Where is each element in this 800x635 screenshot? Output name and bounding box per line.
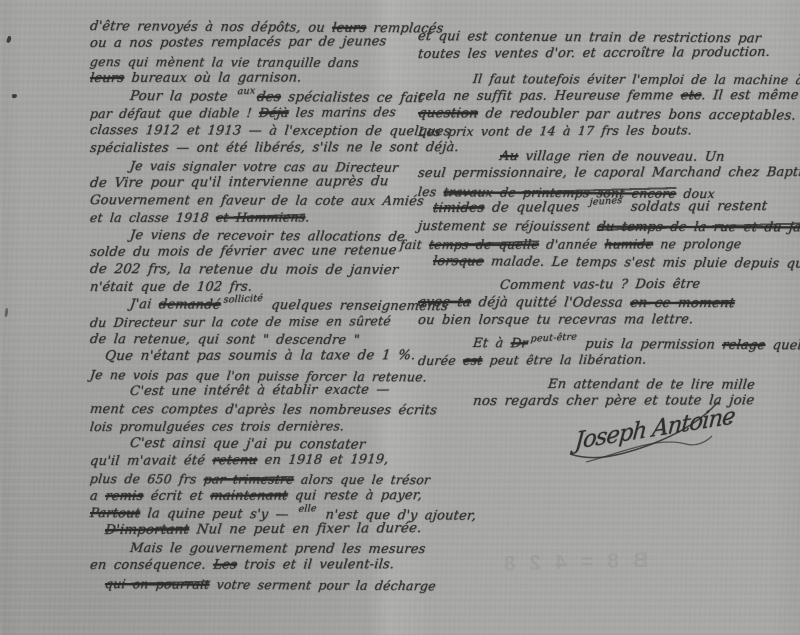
- handwriting-text: soldats qui restent: [623, 199, 768, 215]
- handwritten-line: de Vire pour qu'il intervienne auprès du: [89, 173, 413, 192]
- handwritten-line: spécialistes — ont été libérés, s'ils ne…: [89, 139, 413, 157]
- handwriting-text: d'année: [538, 236, 605, 251]
- handwriting-text: la quine peut s'y —: [139, 506, 297, 522]
- handwriting-text: du Directeur sur la cote de mise en sûre…: [89, 313, 391, 330]
- handwriting-text: J'ai: [129, 297, 159, 312]
- handwritten-line: Il faut toutefois éviter l'emploi de la …: [472, 70, 797, 89]
- handwriting-text: Il faut toutefois éviter l'emploi de la …: [472, 71, 800, 87]
- handwriting-text: malade. Le temps s'est mis pluie depuis …: [483, 254, 800, 272]
- handwriting-text: en 1918 et 1919,: [256, 452, 389, 468]
- handwriting-text: par défaut que diable !: [89, 105, 260, 121]
- handwriting-text: de la retenue, qui sont " descendre ": [89, 332, 360, 348]
- struck-text: remis: [105, 488, 145, 503]
- struck-text: Les: [213, 558, 238, 573]
- struck-text: est: [462, 353, 483, 368]
- inserted-word: sollicité: [223, 290, 263, 309]
- handwriting-text: les marins des: [288, 104, 397, 120]
- handwriting-text: Pour la poste: [129, 89, 236, 105]
- handwriting-text: lois promulguées ces trois dernières.: [89, 418, 345, 434]
- struck-text: retenu: [212, 453, 258, 468]
- handwriting-text: Gouvernement en faveur de la cote aux Am…: [89, 193, 424, 209]
- struck-text: leurs: [89, 71, 125, 86]
- letter-page-right: et qui est contenue un train de restrict…: [418, 28, 796, 411]
- handwritten-line: Que n'étant pas soumis à la taxe de 1 %.: [104, 348, 413, 366]
- handwritten-line: qu'il m'avait été retenu en 1918 et 1919…: [89, 451, 413, 470]
- handwriting-text: fait: [399, 236, 430, 251]
- handwriting-text: cela ne suffit pas. Heureuse femme: [417, 88, 681, 104]
- handwritten-line: C'est une intérêt à établir exacte —: [129, 381, 413, 400]
- inserted-word: peut-être: [530, 328, 577, 348]
- handwriting-text: bureaux où la garnison.: [123, 71, 302, 86]
- handwriting-text: en conséquence.: [89, 558, 214, 573]
- handwritten-line: Les prix vont de 14 à 17 frs les bouts.: [417, 121, 797, 141]
- struck-text: Partout: [89, 506, 141, 521]
- handwriting-text: de 202 frs, la retenue du mois de janvie…: [89, 262, 399, 278]
- handwriting-text: de quelques: [484, 200, 588, 216]
- handwritten-line: en conséquence. Les trois et il veulent-…: [89, 556, 413, 574]
- handwriting-text: alors que le trésor: [293, 472, 431, 487]
- handwriting-text: spécialistes — ont été libérés, s'ils ne…: [89, 140, 459, 156]
- inserted-word: aux: [237, 82, 256, 100]
- handwriting-text: Que n'étant pas soumis à la taxe de 1 %.: [104, 349, 416, 365]
- handwritten-line: ou bien lorsque tu recevras ma lettre.: [417, 311, 797, 330]
- handwritten-line: et la classe 1918 et Hammiens.: [89, 208, 413, 226]
- handwritten-line: durée est peut être la libération.: [417, 350, 797, 370]
- struck-text: Déjà: [258, 105, 289, 120]
- handwriting-text: les: [417, 184, 444, 199]
- handwriting-text: qu'il m'avait été: [89, 453, 213, 469]
- handwriting-text: C'est ainsi que j'ai pu constater: [129, 436, 366, 453]
- handwritten-line: du Directeur sur la cote de mise en sûre…: [89, 312, 413, 331]
- signature: Joseph Antoine: [560, 392, 740, 467]
- struck-text: D'important: [104, 523, 190, 539]
- handwritten-line: toutes les ventes d'or. et accroître la …: [417, 43, 797, 63]
- struck-text: question: [417, 106, 479, 121]
- handwriting-text: Nul ne peut en fixer la durée.: [188, 521, 422, 537]
- handwritten-line: cela ne suffit pas. Heureuse femme etc. …: [417, 87, 797, 106]
- handwriting-text: ne prolonge: [652, 236, 742, 251]
- handwriting-text: écrit et: [143, 488, 211, 503]
- handwriting-text: En attendant de te lire mille: [547, 377, 755, 393]
- handwritten-line: Comment vas-tu ? Dois être: [499, 275, 797, 294]
- struck-text: par trimestre: [203, 472, 295, 487]
- handwritten-line: ou a nos postes remplacés par de jeunes: [89, 33, 413, 52]
- handwritten-line: qui on pourrait votre serment pour la dé…: [104, 575, 413, 595]
- handwriting-text: Et à: [472, 336, 511, 351]
- handwriting-text: ou bien lorsque tu recevras ma lettre.: [417, 312, 694, 328]
- handwritten-line: de 202 frs, la retenue du mois de janvie…: [89, 261, 413, 280]
- handwriting-text: Comment vas-tu ? Dois être: [499, 276, 701, 292]
- handwriting-text: toutes les ventes d'or. et accroître la …: [417, 44, 771, 61]
- struck-text: avec ta: [417, 295, 472, 310]
- struck-text: et Hammiens: [215, 210, 306, 225]
- inserted-word: jeunes: [589, 192, 622, 211]
- struck-text: etc: [680, 88, 702, 103]
- handwriting-text: classes 1912 et 1913 — à l'exception de …: [89, 123, 451, 139]
- handwritten-line: justement se réjouissent du temps de la …: [417, 218, 797, 237]
- handwritten-line: plus de 650 frs par trimestre alors que …: [89, 470, 413, 489]
- struck-text: temps de quelle: [428, 236, 539, 251]
- handwritten-line: solde du mois de février avec une retenu…: [89, 242, 413, 261]
- struck-text: Au: [499, 149, 519, 164]
- handwritten-line: seul permissionnaire, le caporal Marchan…: [417, 164, 797, 183]
- struck-text: qui on pourrait: [104, 576, 210, 592]
- handwriting-text: déjà quitté l'Odessa: [470, 295, 631, 311]
- inserted-word: elle: [298, 500, 317, 518]
- letter-page-left: d'être renvoyés à nos dépôts, ou leurs r…: [90, 18, 412, 592]
- handwriting-text: de Vire pour qu'il intervienne auprès du: [89, 174, 389, 191]
- handwriting-text: C'est une intérêt à établir exacte —: [129, 383, 390, 400]
- struck-text: Dr: [510, 336, 529, 351]
- handwriting-text: trois et il veulent-ils.: [236, 557, 395, 572]
- handwriting-text: solde du mois de février avec une retenu…: [89, 243, 397, 260]
- handwritten-line: par défaut que diable ! Déjà les marins …: [89, 103, 413, 122]
- handwriting-text: . Il est même: [701, 88, 800, 103]
- handwriting-text: seul permissionnaire, le caporal Marchan…: [417, 165, 800, 181]
- struck-text: timides: [432, 201, 485, 216]
- handwriting-text: justement se réjouissent: [417, 219, 598, 235]
- handwriting-text: et la classe 1918: [89, 210, 216, 225]
- handwritten-line: timides de quelques jeunes soldats qui r…: [432, 198, 797, 218]
- struck-text: en ce moment: [630, 296, 736, 311]
- struck-text: des: [256, 89, 282, 104]
- handwriting-text: durée: [417, 353, 464, 368]
- struck-text: du temps de la rue et du jardin: [596, 220, 800, 236]
- handwriting-text: village rien de nouveau. Un: [517, 149, 725, 165]
- handwriting-text: gens qui mènent la vie tranquille dans: [89, 54, 359, 70]
- handwriting-text: peut être la libération.: [482, 352, 648, 368]
- struck-text: lorsque: [432, 254, 484, 269]
- handwriting-text: ment ces comptes d'après les nombreuses …: [89, 402, 438, 418]
- handwritten-line: classes 1912 et 1913 — à l'exception de …: [89, 122, 413, 141]
- handwritten-line: lorsque malade. Le temps s'est mis pluie…: [432, 253, 797, 273]
- handwriting-text: ou a nos postes remplacés par de jeunes: [89, 35, 387, 52]
- handwritten-line: a remis écrit et maintenant qui reste à …: [89, 487, 413, 505]
- handwriting-text: Les prix vont de 14 à 17 frs les bouts.: [417, 122, 692, 139]
- handwriting-text: plus de 650 frs: [89, 471, 204, 486]
- handwriting-text: .: [305, 210, 311, 225]
- handwritten-line: fait temps de quelle d'année humide ne p…: [399, 234, 797, 253]
- struck-text: maintenant: [210, 488, 289, 503]
- struck-text: humide: [604, 236, 654, 251]
- handwriting-text: Mais le gouvernement prend les mesures: [129, 541, 426, 557]
- struck-text: demandé: [158, 297, 222, 312]
- handwritten-line: D'important Nul ne peut en fixer la duré…: [104, 520, 413, 539]
- handwritten-line: lois promulguées ces trois dernières.: [89, 417, 413, 435]
